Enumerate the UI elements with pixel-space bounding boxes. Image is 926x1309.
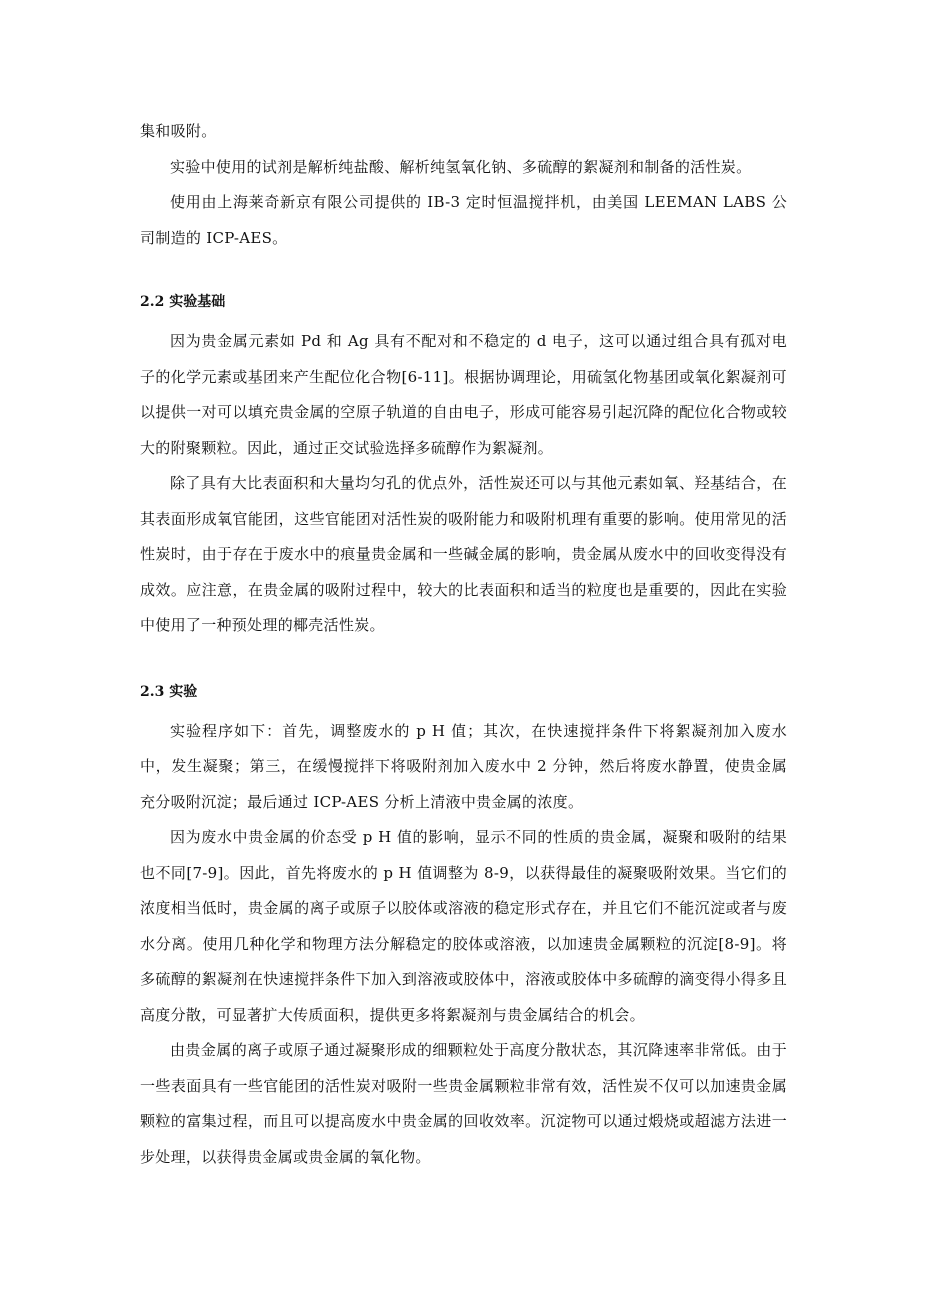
- paragraph-sedimentation: 由贵金属的离子或原子通过凝聚形成的细颗粒处于高度分散状态，其沉降速率非常低。由于…: [140, 1033, 787, 1175]
- paragraph-procedure: 实验程序如下：首先，调整废水的 p H 值；其次，在快速搅拌条件下将絮凝剂加入废…: [140, 714, 787, 821]
- document-page: 集和吸附。 实验中使用的试剂是解析纯盐酸、解析纯氢氧化钠、多硫醇的絮凝剂和制备的…: [140, 114, 787, 1175]
- paragraph-ph-effect: 因为废水中贵金属的价态受 p H 值的影响，显示不同的性质的贵金属，凝聚和吸附的…: [140, 820, 787, 1033]
- section-heading-2-3: 2.3 实验: [140, 682, 787, 702]
- paragraph-continuation: 集和吸附。: [140, 114, 787, 150]
- spacer: [140, 256, 787, 292]
- spacer: [140, 644, 787, 682]
- paragraph-reagents: 实验中使用的试剂是解析纯盐酸、解析纯氢氧化钠、多硫醇的絮凝剂和制备的活性炭。: [140, 150, 787, 186]
- paragraph-basis-1: 因为贵金属元素如 Pd 和 Ag 具有不配对和不稳定的 d 电子，这可以通过组合…: [140, 324, 787, 466]
- section-heading-2-2: 2.2 实验基础: [140, 292, 787, 312]
- paragraph-basis-2: 除了具有大比表面积和大量均匀孔的优点外，活性炭还可以与其他元素如氧、羟基结合，在…: [140, 466, 787, 644]
- spacer: [140, 312, 787, 324]
- paragraph-equipment: 使用由上海莱奇新京有限公司提供的 IB-3 定时恒温搅拌机，由美国 LEEMAN…: [140, 185, 787, 256]
- spacer: [140, 702, 787, 714]
